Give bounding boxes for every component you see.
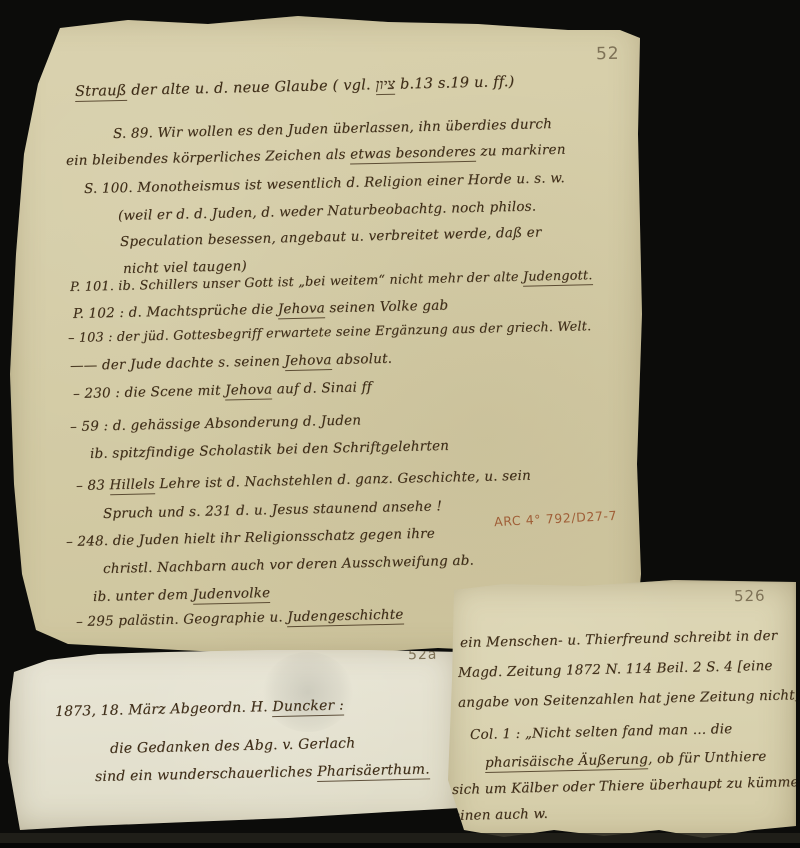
manuscript-line: – 295 palästin. Geographie u. Judengesch… xyxy=(76,607,404,630)
note-fragment-52a: 52a 1873, 18. März Abgeordn. H. Duncker … xyxy=(8,642,460,832)
manuscript-line: ein Menschen- u. Thierfreund schreibt in… xyxy=(460,628,778,651)
scanner-bed-strip xyxy=(0,833,800,843)
manuscript-line: sind ein wunderschauerliches Pharisäerth… xyxy=(95,761,430,785)
folio-number-52: 52 xyxy=(596,44,620,64)
manuscript-line: S. 89. Wir wollen es den Juden überlasse… xyxy=(113,116,552,142)
manuscript-line: —— der Jude dachte s. seinen Jehova abso… xyxy=(70,351,393,374)
note-card-52b: 526 ein Menschen- u. Thierfreund schreib… xyxy=(444,580,796,842)
manuscript-line: (weil er d. d. Juden, d. weder Naturbeob… xyxy=(118,199,537,224)
manuscript-line: Speculation besessen, angebaut u. verbre… xyxy=(120,224,542,250)
manuscript-line: – 248. die Juden hielt ihr Religionsscha… xyxy=(66,526,435,550)
manuscript-line: – 230 : die Scene mit Jehova auf d. Sina… xyxy=(73,379,372,402)
manuscript-line: die Gedanken des Abg. v. Gerlach xyxy=(110,735,356,757)
manuscript-line: – 59 : d. gehässige Absonderung d. Juden xyxy=(70,412,362,435)
manuscript-line: – 103 : der jüd. Gottesbegriff erwartete… xyxy=(68,319,592,346)
manuscript-line: S. 100. Monotheismus ist wesentlich d. R… xyxy=(84,170,565,197)
manuscript-line: Spruch und s. 231 d. u. Jesus staunend a… xyxy=(103,498,442,522)
manuscript-line: christl. Nachbarn auch vor deren Ausschw… xyxy=(103,553,474,577)
manuscript-line: ib. spitzfindige Scholastik bei den Schr… xyxy=(90,438,449,462)
manuscript-line: Col. 1 : „Nicht selten fand man … die xyxy=(470,721,733,743)
archive-shelfmark: ARC 4° 792/D27-7 xyxy=(494,508,618,529)
manuscript-line: angabe von Seitenzahlen hat jene Zeitung… xyxy=(458,687,800,711)
manuscript-line: ein bleibendes körperliches Zeichen als … xyxy=(66,142,566,169)
manuscript-line: sich um Kälber oder Thiere überhaupt zu … xyxy=(452,774,800,798)
manuscript-line: pharisäische Äußerung, ob für Unthiere xyxy=(485,749,767,771)
folio-number-52b: 526 xyxy=(734,587,766,606)
manuscript-page-52: 52 ARC 4° 792/D27-7 Strauß der alte u. d… xyxy=(8,14,646,660)
scan-backdrop: 52 ARC 4° 792/D27-7 Strauß der alte u. d… xyxy=(0,0,800,848)
scanner-bed-edge xyxy=(0,843,800,848)
manuscript-line: Strauß der alte u. d. neue Glaube ( vgl.… xyxy=(75,74,515,101)
paper-stain xyxy=(263,652,353,732)
manuscript-line: Magd. Zeitung 1872 N. 114 Beil. 2 S. 4 [… xyxy=(458,658,773,681)
manuscript-line: einen auch w. xyxy=(452,806,548,824)
manuscript-line: – 83 Hillels Lehre ist d. Nachstehlen d.… xyxy=(76,468,531,494)
manuscript-line: nicht viel taugen) xyxy=(123,258,247,277)
manuscript-line: ib. unter dem Judenvolke xyxy=(93,585,271,605)
manuscript-line: P. 102 : d. Machtsprüche die Jehova sein… xyxy=(73,297,449,322)
